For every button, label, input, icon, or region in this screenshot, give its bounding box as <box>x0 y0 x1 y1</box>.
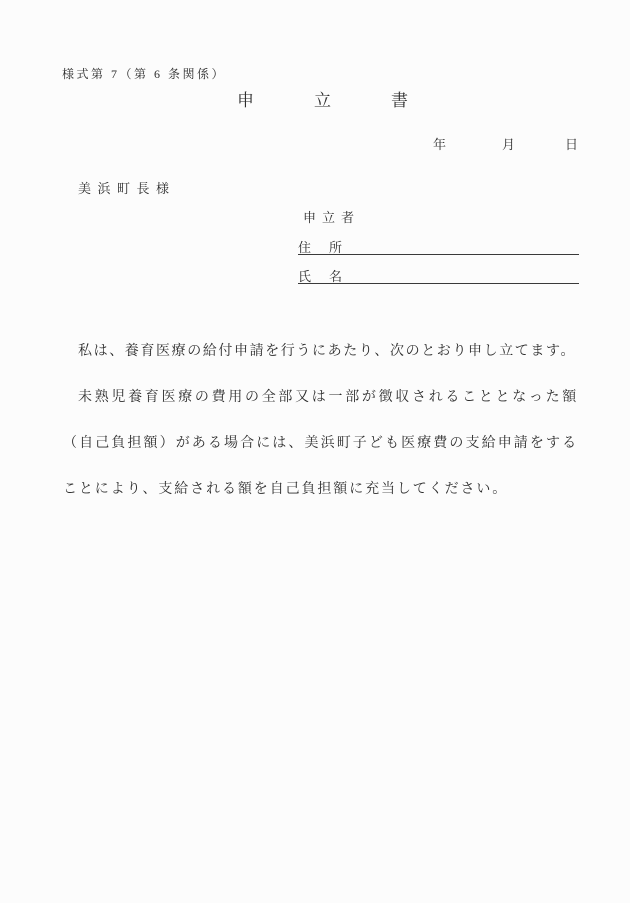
name-input-line[interactable] <box>345 270 579 283</box>
application-form-page: 様式第 7（第 6 条関係） 申立書 年月日 美浜町長様 申立者 住 所 氏 名… <box>0 0 630 903</box>
address-input-line[interactable] <box>345 241 579 254</box>
name-label: 氏 名 <box>298 270 345 283</box>
body-text-line: 未熟児養育医療の費用の全部又は一部が徴収されることとなった額 <box>78 390 579 405</box>
applicant-label: 申立者 <box>303 207 360 226</box>
form-number-label: 様式第 7（第 6 条関係） <box>62 65 226 82</box>
document-title: 申立書 <box>237 86 468 111</box>
date-line: 年月日 <box>433 134 578 153</box>
address-field-row: 住 所 <box>298 241 579 255</box>
body-text-line: ことにより、支給される額を自己負担額に充当してください。 <box>63 482 508 497</box>
day-label: 日 <box>565 137 578 152</box>
name-field-row: 氏 名 <box>298 270 579 284</box>
body-text-line: （自己負担額）がある場合には、美浜町子ども医療費の支給申請をする <box>63 436 578 451</box>
address-label: 住 所 <box>298 241 345 254</box>
addressee-label: 美浜町長様 <box>78 178 176 197</box>
month-label: 月 <box>502 137 515 152</box>
year-label: 年 <box>433 137 446 152</box>
body-text-line: 私は、養育医療の給付申請を行うにあたり、次のとおり申し立てます。 <box>78 344 576 359</box>
